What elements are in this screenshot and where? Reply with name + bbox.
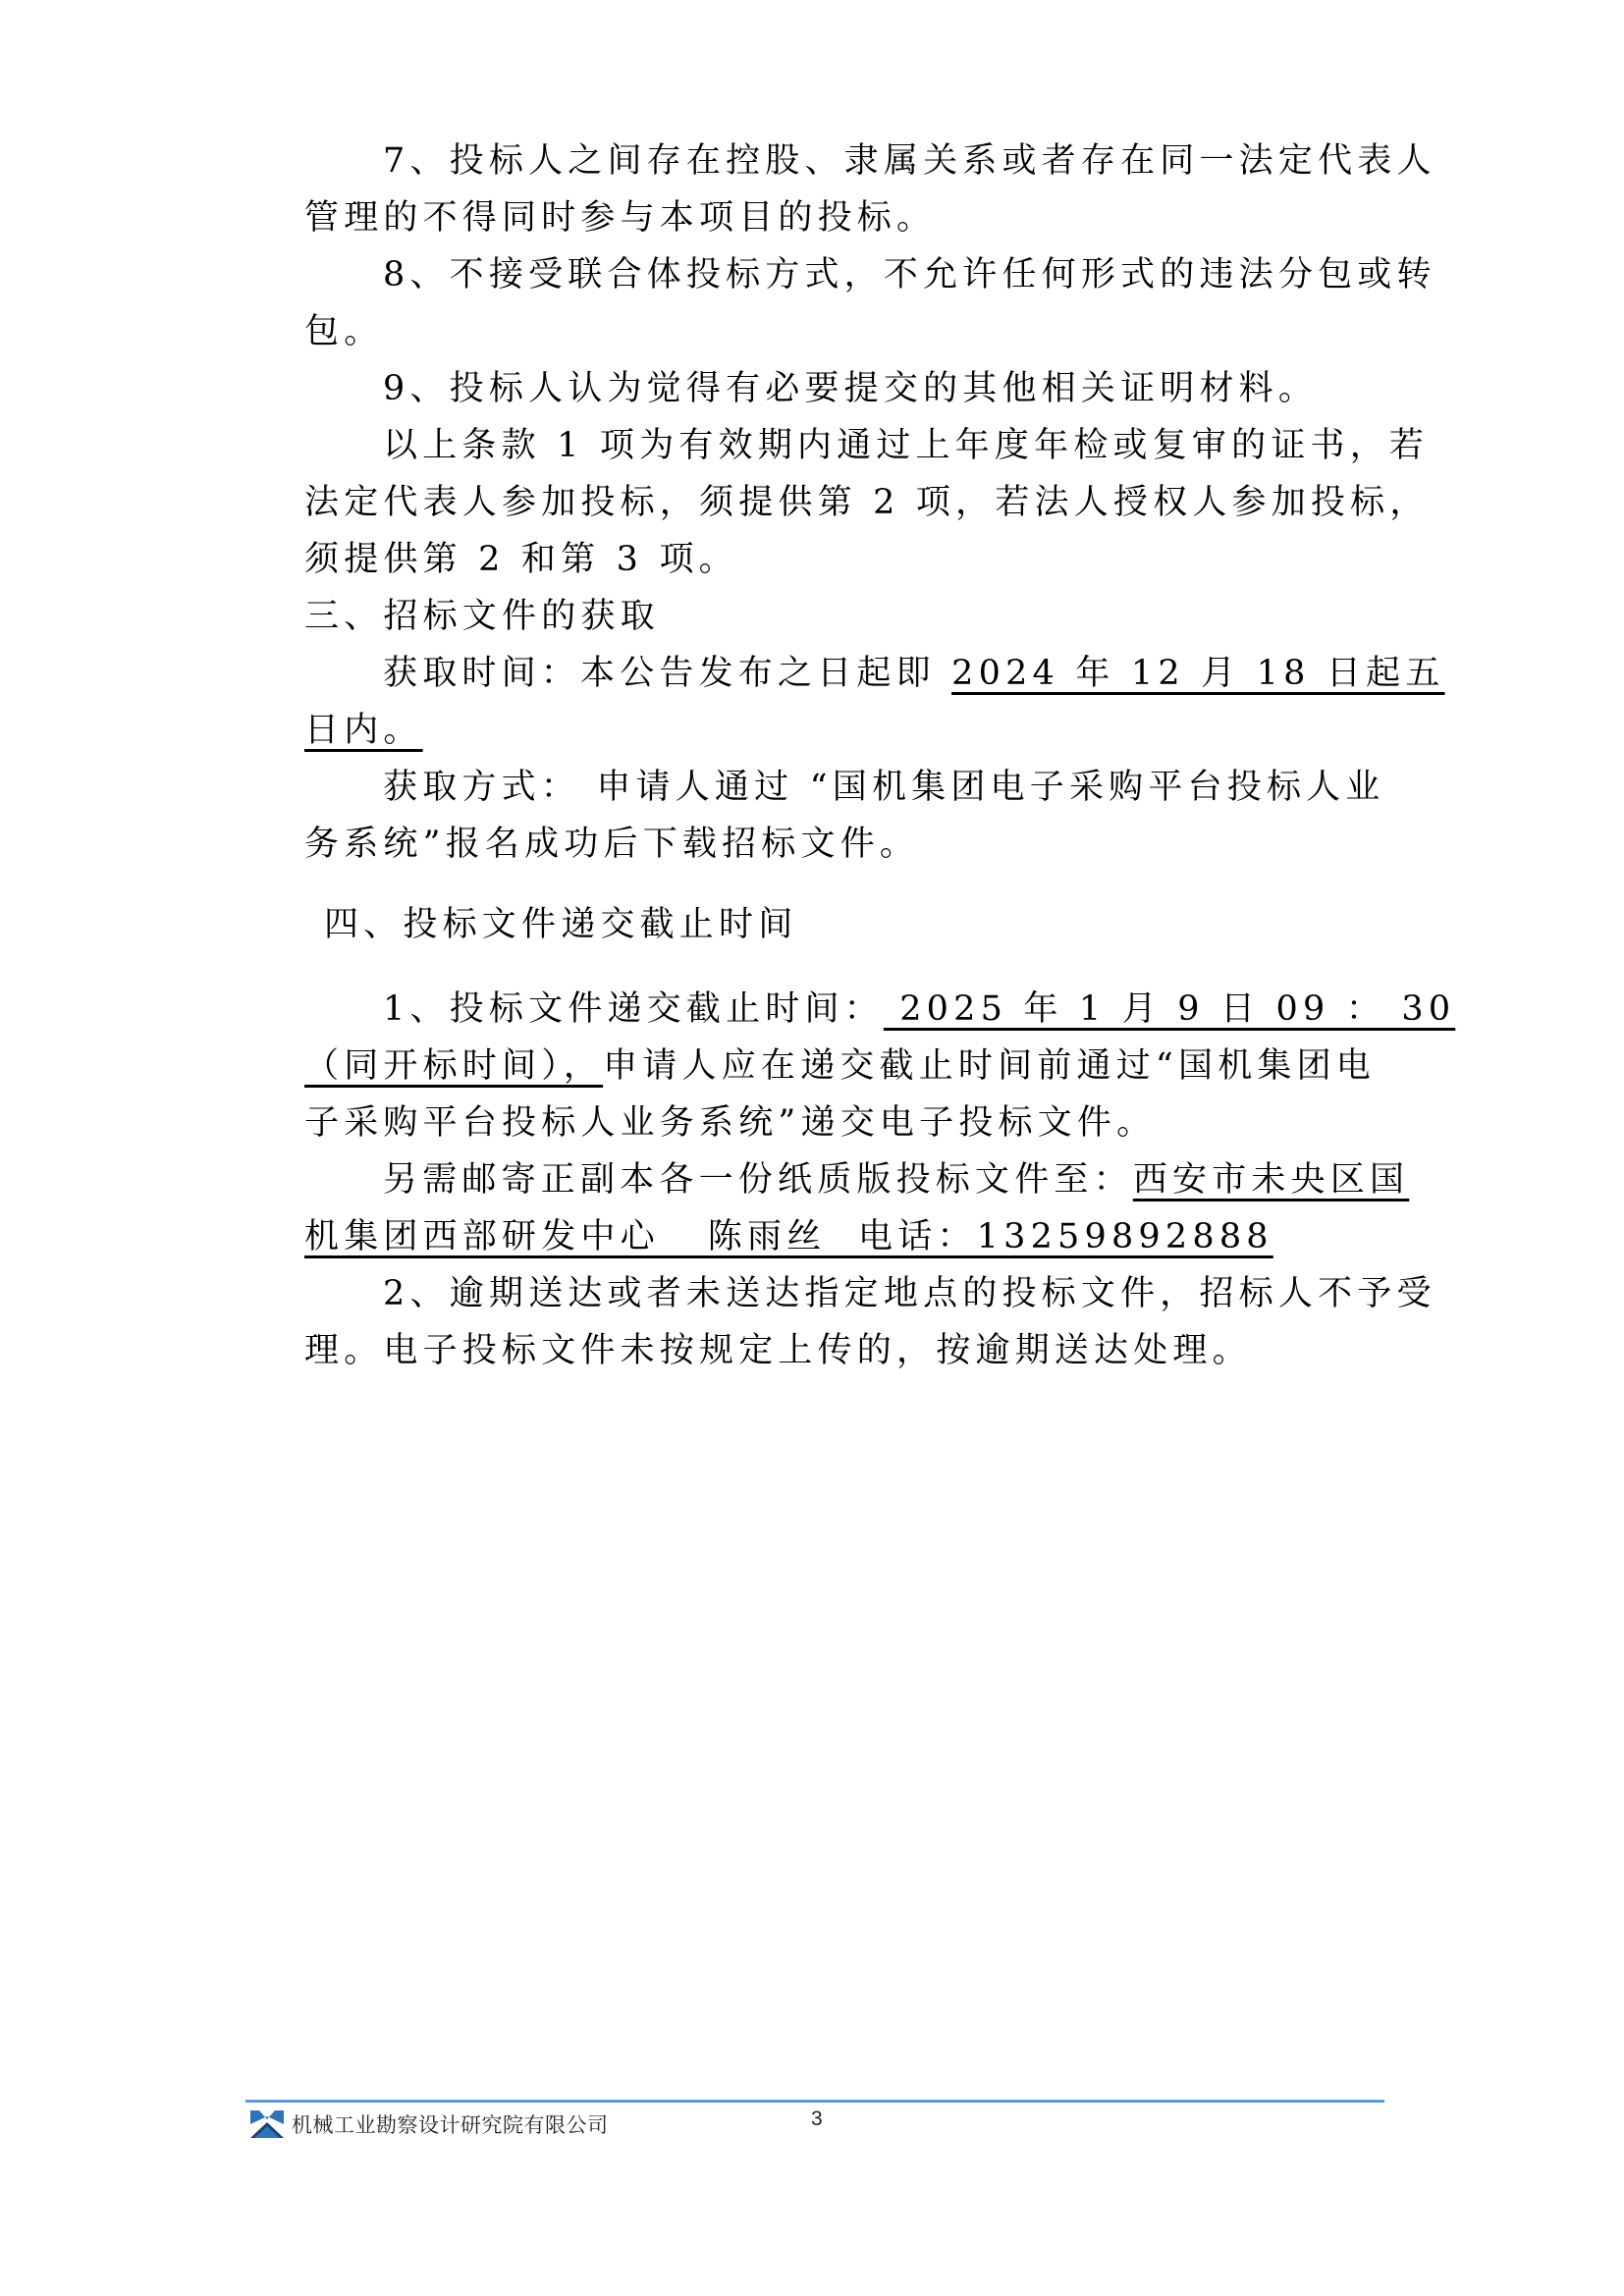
page-number: 3	[811, 2108, 823, 2131]
deadline-line-2: （同开标时间），申请人应在递交截止时间前通过“国机集团电	[304, 1044, 1384, 1088]
acquire-method-line-1: 获取方式： 申请人通过 “国机集团电子采购平台投标人业	[383, 766, 1384, 809]
deadline-label: 1、投标文件递交截止时间：	[383, 989, 884, 1029]
acquire-time-line-2: 日内。	[304, 709, 1384, 752]
mail-line-1: 另需邮寄正副本各一份纸质版投标文件至：西安市未央区国	[383, 1158, 1384, 1201]
footer-divider	[245, 2100, 1384, 2103]
mail-line-2: 机集团西部研发中心 陈雨丝 电话：13259892888	[304, 1215, 1384, 1258]
acquire-time-date-end: 日内。	[304, 711, 423, 750]
requirement-8-line-2: 包。	[304, 310, 1384, 353]
footer: 机械工业勘察设计研究院有限公司	[250, 2108, 609, 2141]
requirement-9-line: 9、投标人认为觉得有必要提交的其他相关证明材料。	[383, 367, 1384, 410]
deadline-line-3: 子采购平台投标人业务系统”递交电子投标文件。	[304, 1101, 1384, 1145]
deadline-same-as-opening: （同开标时间），	[304, 1046, 603, 1086]
mail-address-contact: 机集团西部研发中心 陈雨丝 电话：13259892888	[304, 1217, 1273, 1256]
section-3-heading: 三、招标文件的获取	[304, 595, 1384, 638]
footer-company-name: 机械工业勘察设计研究院有限公司	[292, 2109, 609, 2139]
deadline-line-2-rest: 申请人应在递交截止时间前通过“国机集团电	[603, 1046, 1376, 1086]
mail-address-part-1: 西安市未央区国	[1133, 1160, 1409, 1200]
acquire-time-date: 2024 年 12 月 18 日起五	[951, 654, 1444, 693]
acquire-method-line-2: 务系统”报名成功后下载招标文件。	[304, 823, 1384, 866]
company-logo-icon	[250, 2110, 284, 2138]
note-line-2: 法定代表人参加投标，须提供第 2 项，若法人授权人参加投标，	[304, 481, 1384, 524]
acquire-time-line-1: 获取时间：本公告发布之日起即 2024 年 12 月 18 日起五	[383, 652, 1384, 695]
late-submission-line-2: 理。电子投标文件未按规定上传的，按逾期送达处理。	[304, 1329, 1384, 1372]
document-page: 7、投标人之间存在控股、隶属关系或者存在同一法定代表人 管理的不得同时参与本项目…	[0, 0, 1624, 2296]
acquire-time-label: 获取时间：本公告发布之日起即	[383, 654, 951, 693]
note-line-1: 以上条款 1 项为有效期内通过上年度年检或复审的证书，若	[383, 424, 1384, 467]
requirement-7-line-1: 7、投标人之间存在控股、隶属关系或者存在同一法定代表人	[383, 139, 1384, 183]
deadline-line-1: 1、投标文件递交截止时间： 2025 年 1 月 9 日 09 ： 30	[383, 988, 1384, 1031]
note-line-3: 须提供第 2 和第 3 项。	[304, 538, 1384, 581]
section-4-heading: 四、投标文件递交截止时间	[324, 903, 1404, 946]
requirement-7-line-2: 管理的不得同时参与本项目的投标。	[304, 196, 1384, 240]
requirement-8-line-1: 8、不接受联合体投标方式，不允许任何形式的违法分包或转	[383, 253, 1384, 296]
late-submission-line-1: 2、逾期送达或者未送达指定地点的投标文件，招标人不予受	[383, 1272, 1384, 1315]
mail-label: 另需邮寄正副本各一份纸质版投标文件至：	[383, 1160, 1133, 1200]
deadline-datetime: 2025 年 1 月 9 日 09 ： 30	[884, 989, 1455, 1029]
